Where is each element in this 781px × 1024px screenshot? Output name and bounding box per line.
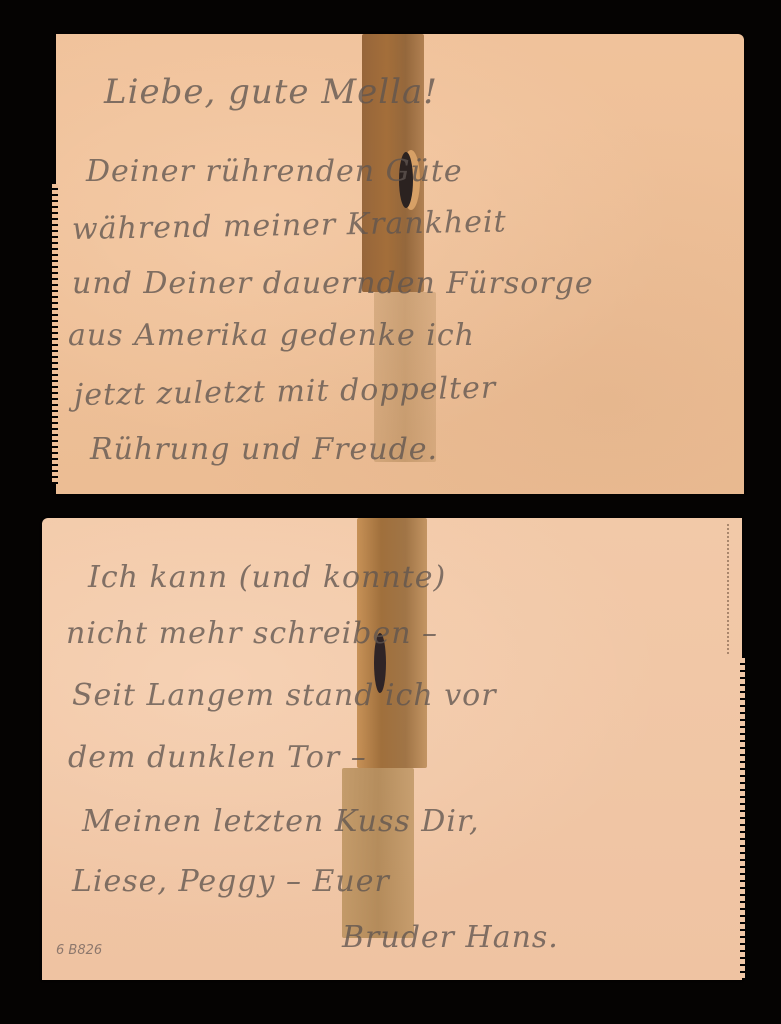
text-line: dem dunklen Tor – — [68, 740, 367, 775]
text-line: Rührung und Freude. — [90, 432, 438, 467]
text-line: aus Amerika gedenke ich — [68, 318, 475, 353]
text-line: während meiner Krankheit — [72, 204, 507, 247]
salutation-line: Liebe, gute Mella! — [104, 72, 438, 112]
text-line: jetzt zuletzt mit doppelter — [74, 371, 497, 413]
handwritten-text: Liebe, gute Mella! Deiner rührenden Güte… — [56, 34, 744, 494]
text-line: und Deiner dauernden Fürsorge — [72, 266, 594, 301]
text-line: Liese, Peggy – Euer — [72, 864, 390, 899]
text-line: Seit Langem stand ich vor — [72, 678, 497, 713]
letter-slip-bottom: Ich kann (und konnte) nicht mehr schreib… — [42, 518, 742, 980]
signature-line: Bruder Hans. — [342, 920, 559, 955]
handwritten-text: Ich kann (und konnte) nicht mehr schreib… — [42, 518, 742, 980]
text-line: nicht mehr schreiben – — [66, 616, 438, 651]
text-line: Ich kann (und konnte) — [88, 560, 446, 595]
text-line: Deiner rührenden Güte — [86, 154, 463, 189]
text-line: Meinen letzten Kuss Dir, — [82, 804, 480, 839]
archive-mark: 6 B826 — [56, 943, 102, 958]
letter-slip-top: Liebe, gute Mella! Deiner rührenden Güte… — [56, 34, 744, 494]
